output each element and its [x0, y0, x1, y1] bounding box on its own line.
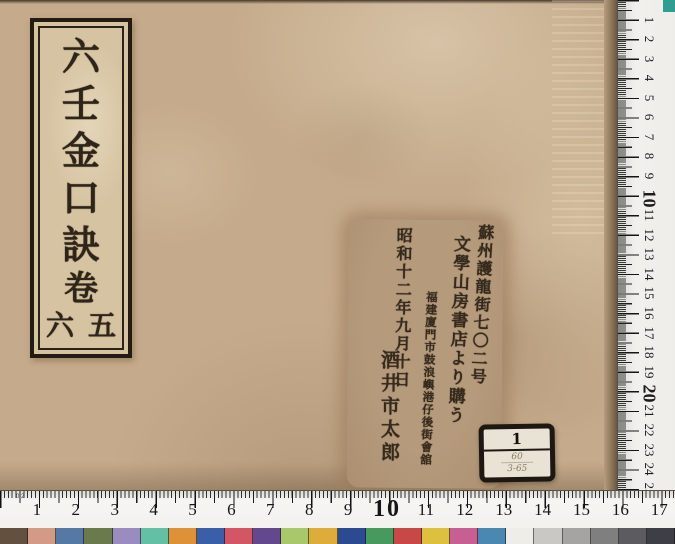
- title-character: 壬: [62, 85, 100, 123]
- ruler-number: 2: [72, 500, 81, 520]
- title-character: 六: [62, 38, 100, 76]
- shelf-label: 1 60 3-65: [478, 423, 555, 482]
- color-chip: [0, 528, 28, 544]
- title-character: 訣: [62, 226, 100, 264]
- shelf-note-line1: 60: [501, 452, 533, 464]
- book-fore-edge: [604, 0, 617, 492]
- book-cover-scan: 六壬金口訣 卷 六 五 蘇州護龍街七〇二号文學山房書店より購う福建廈門市鼓浪嶼港…: [0, 0, 675, 544]
- volume-numbers: 六 五: [46, 311, 116, 341]
- ruler-number: 11: [418, 500, 434, 520]
- color-chip: [478, 528, 506, 544]
- volume-number-right: 五: [88, 311, 116, 341]
- ruler-number: 8: [305, 500, 314, 520]
- color-chip: [591, 528, 619, 544]
- ruler-fine-scale-label: 0.2: [16, 494, 24, 500]
- page-fore-edge-lines: [552, 0, 604, 238]
- corner-marker: [663, 0, 675, 12]
- ruler-number: 6: [227, 500, 236, 520]
- color-chip: [394, 528, 422, 544]
- ruler-number: 15: [573, 500, 590, 520]
- color-chip: [253, 528, 281, 544]
- color-chip: [647, 528, 675, 544]
- cover-top-edge: [0, 0, 604, 4]
- ruler-number: 5: [188, 500, 197, 520]
- color-chip: [450, 528, 478, 544]
- color-chip: [619, 528, 647, 544]
- ruler-number: 7: [266, 500, 275, 520]
- ruler-number: 1: [33, 500, 42, 520]
- ruler-number: 12: [456, 500, 473, 520]
- ruler-number: 4: [149, 500, 158, 520]
- color-chip: [281, 528, 309, 544]
- title-label: 六壬金口訣 卷 六 五: [30, 18, 132, 358]
- color-chip: [197, 528, 225, 544]
- color-chip: [366, 528, 394, 544]
- horizontal-cm-ruler: 0.2 1234567891011121314151617: [0, 490, 675, 529]
- color-chip: [84, 528, 112, 544]
- color-chip: [422, 528, 450, 544]
- shelf-note-line2: 3-65: [507, 464, 527, 474]
- ruler-number: 10: [373, 496, 401, 523]
- ruler-number: 13: [495, 500, 512, 520]
- color-chip: [225, 528, 253, 544]
- title-character: 口: [62, 179, 100, 217]
- ruler-number: 14: [534, 500, 551, 520]
- ruler-number: 16: [612, 500, 629, 520]
- color-chip: [563, 528, 591, 544]
- ruler-number: 17: [651, 500, 668, 520]
- volume-number-left: 六: [46, 311, 74, 341]
- title-main-chars: 六壬金口訣: [62, 38, 100, 264]
- color-chip: [309, 528, 337, 544]
- shelf-label-number: 1: [484, 428, 550, 451]
- title-character: 金: [62, 132, 100, 170]
- title-label-inner-frame: 六壬金口訣 卷 六 五: [38, 26, 124, 350]
- color-calibration-bar: [0, 528, 675, 544]
- color-chip: [534, 528, 562, 544]
- inscription-column: 酒井市太郎: [376, 350, 403, 465]
- color-chip: [28, 528, 56, 544]
- color-chip: [169, 528, 197, 544]
- color-chip: [56, 528, 84, 544]
- color-chip: [338, 528, 366, 544]
- shelf-label-notes: 60 3-65: [484, 450, 550, 475]
- color-chip: [506, 528, 534, 544]
- ruler-cm-ticks: [618, 0, 639, 492]
- volume-character: 卷: [64, 271, 98, 307]
- color-chip: [113, 528, 141, 544]
- color-chip: [141, 528, 169, 544]
- ruler-number: 9: [344, 500, 353, 520]
- ruler-number: 3: [110, 500, 119, 520]
